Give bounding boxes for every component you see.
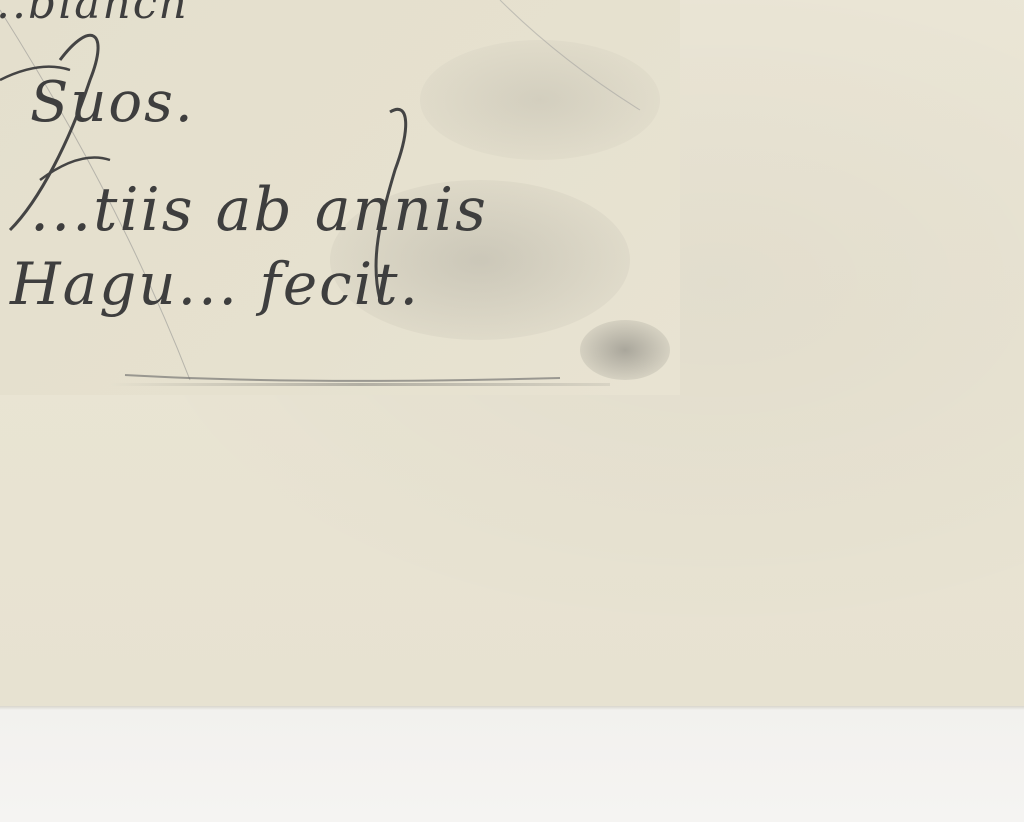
inscription-line-3: ...tiis ab annis [30, 175, 488, 245]
inscription-line-4: Hagu... fecit. [10, 250, 420, 318]
inscription-line-2: Suos. [30, 70, 195, 135]
plate-mark [110, 383, 610, 386]
inscription-line-1: ...bianch [0, 0, 190, 29]
mount-border [0, 706, 1024, 822]
